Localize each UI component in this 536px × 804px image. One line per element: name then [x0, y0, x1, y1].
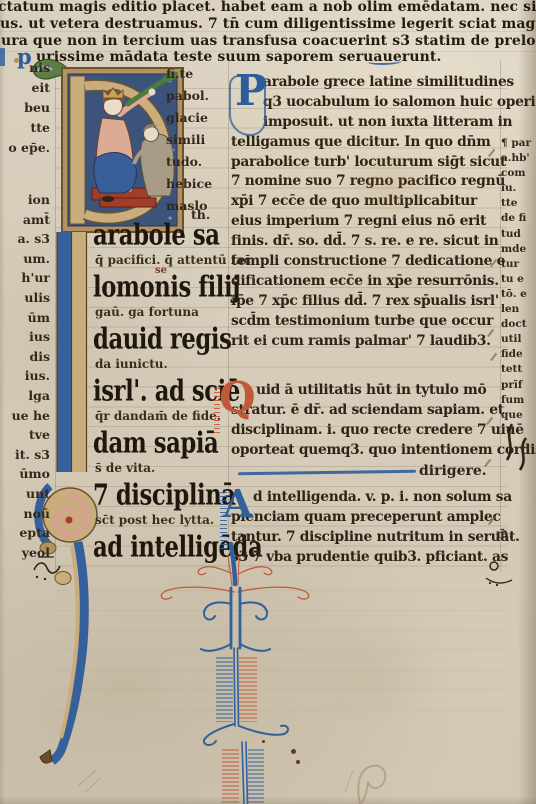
margin-cursive-fragment: [507, 424, 526, 470]
ink-spot: [262, 740, 265, 743]
parchment-stain: [345, 150, 435, 220]
manuscript-page: ctatum magis editio placet. habet eam a …: [0, 0, 536, 804]
parchment-stain: [300, 620, 440, 730]
parchment-stain: [70, 640, 180, 730]
ink-spot: [296, 760, 300, 764]
hairline-scratches: [78, 770, 100, 792]
reference-mark-left: [34, 557, 60, 580]
reference-mark-gloss-end: [486, 562, 512, 586]
ink-spot: [291, 749, 296, 754]
offset-sketch: [345, 766, 385, 804]
